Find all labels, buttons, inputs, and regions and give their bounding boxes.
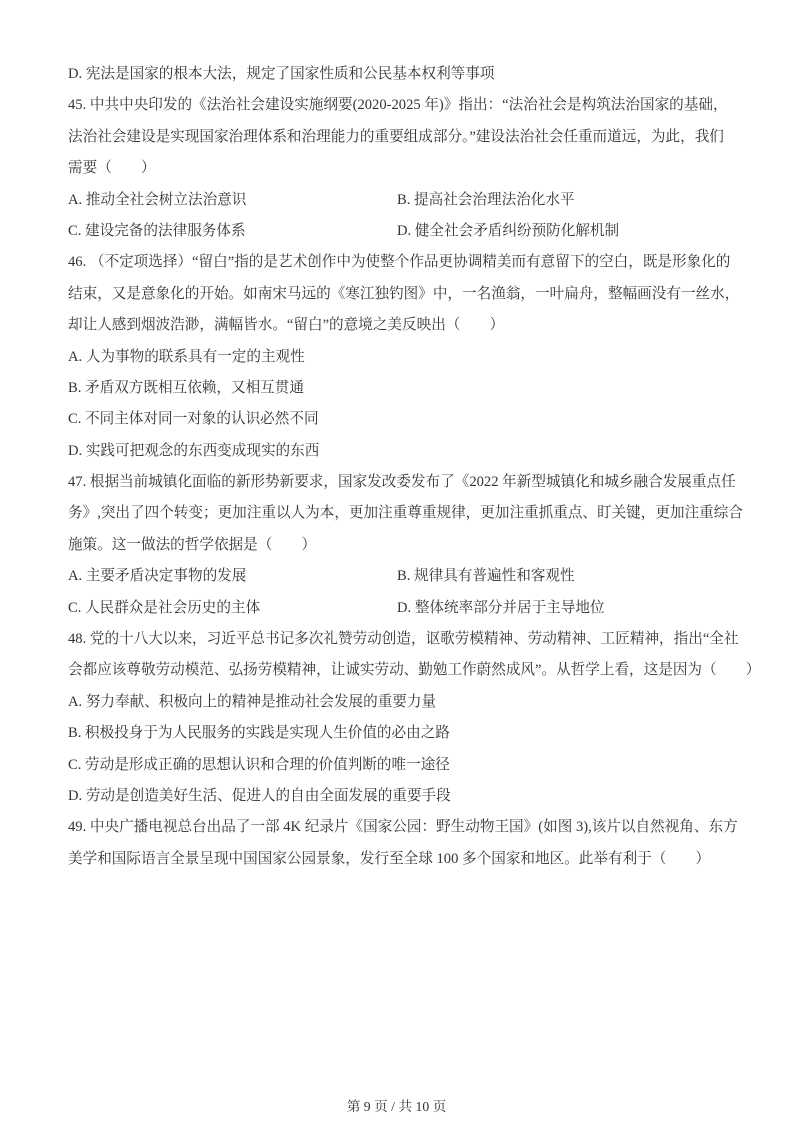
text-line: 需要（ ）: [68, 153, 728, 184]
text-line: 美学和国际语言全景呈现中国国家公园景象，发行至全球 100 多个国家和地区。此举…: [68, 844, 728, 875]
text-line: B. 积极投身于为人民服务的实践是实现人生价值的必由之路: [68, 718, 728, 749]
option-row: A. 推动全社会树立法治意识B. 提高社会治理法治化水平: [68, 185, 728, 216]
text-line: 却让人感到烟波浩渺，满幅皆水。“留白”的意境之美反映出（ ）: [68, 310, 728, 341]
option-left: A. 推动全社会树立法治意识: [68, 185, 246, 216]
text-line: C. 不同主体对同一对象的认识必然不同: [68, 404, 728, 435]
text-line: D. 劳动是创造美好生活、促进人的自由全面发展的重要手段: [68, 781, 728, 812]
option-left: C. 人民群众是社会历史的主体: [68, 593, 260, 624]
option-row: C. 建设完备的法律服务体系D. 健全社会矛盾纠纷预防化解机制: [68, 216, 728, 247]
page-footer: 第 9 页 / 共 10 页: [0, 1097, 793, 1117]
text-line: 45. 中共中央印发的《法治社会建设实施纲要(2020-2025 年)》指出：“…: [68, 90, 728, 121]
option-row: C. 人民群众是社会历史的主体D. 整体统率部分并居于主导地位: [68, 593, 728, 624]
text-line: C. 劳动是形成正确的思想认识和合理的价值判断的唯一途径: [68, 750, 728, 781]
text-line: 法治社会建设是实现国家治理体系和治理能力的重要组成部分。”建设法治社会任重而道远…: [68, 122, 728, 153]
text-line: A. 人为事物的联系具有一定的主观性: [68, 342, 728, 373]
text-line: A. 努力奉献、积极向上的精神是推动社会发展的重要力量: [68, 687, 728, 718]
document-page: D. 宪法是国家的根本大法，规定了国家性质和公民基本权利等事项45. 中共中央印…: [0, 0, 793, 1122]
text-line: 施策。这一做法的哲学依据是（ ）: [68, 530, 728, 561]
text-line: 49. 中央广播电视总台出品了一部 4K 纪录片《国家公园：野生动物王国》(如图…: [68, 812, 728, 843]
question-text-block: D. 宪法是国家的根本大法，规定了国家性质和公民基本权利等事项45. 中共中央印…: [68, 59, 728, 875]
text-line: 46. （不定项选择）“留白”指的是艺术创作中为使整个作品更协调精美而有意留下的…: [68, 247, 728, 278]
text-line: 结束，又是意象化的开始。如南宋马远的《寒江独钓图》中，一名渔翁，一叶扁舟，整幅画…: [68, 279, 728, 310]
option-row: A. 主要矛盾决定事物的发展B. 规律具有普遍性和客观性: [68, 561, 728, 592]
option-left: C. 建设完备的法律服务体系: [68, 216, 246, 247]
option-right: D. 健全社会矛盾纠纷预防化解机制: [397, 216, 619, 247]
option-right: D. 整体统率部分并居于主导地位: [397, 593, 605, 624]
text-line: 48. 党的十八大以来，习近平总书记多次礼赞劳动创造，讴歌劳模精神、劳动精神、工…: [68, 624, 728, 655]
text-line: B. 矛盾双方既相互依赖，又相互贯通: [68, 373, 728, 404]
text-line: 务》,突出了四个转变；更加注重以人为本，更加注重尊重规律，更加注重抓重点、盯关键…: [68, 498, 728, 529]
text-line: D. 宪法是国家的根本大法，规定了国家性质和公民基本权利等事项: [68, 59, 728, 90]
option-right: B. 规律具有普遍性和客观性: [397, 561, 575, 592]
text-line: 会都应该尊敬劳动模范、弘扬劳模精神，让诚实劳动、勤勉工作蔚然成风”。从哲学上看，…: [68, 655, 728, 686]
page-number-text: 第 9 页 / 共 10 页: [347, 1099, 447, 1114]
option-right: B. 提高社会治理法治化水平: [397, 185, 575, 216]
text-line: 47. 根据当前城镇化面临的新形势新要求，国家发改委发布了《2022 年新型城镇…: [68, 467, 728, 498]
option-left: A. 主要矛盾决定事物的发展: [68, 561, 246, 592]
text-line: D. 实践可把观念的东西变成现实的东西: [68, 436, 728, 467]
